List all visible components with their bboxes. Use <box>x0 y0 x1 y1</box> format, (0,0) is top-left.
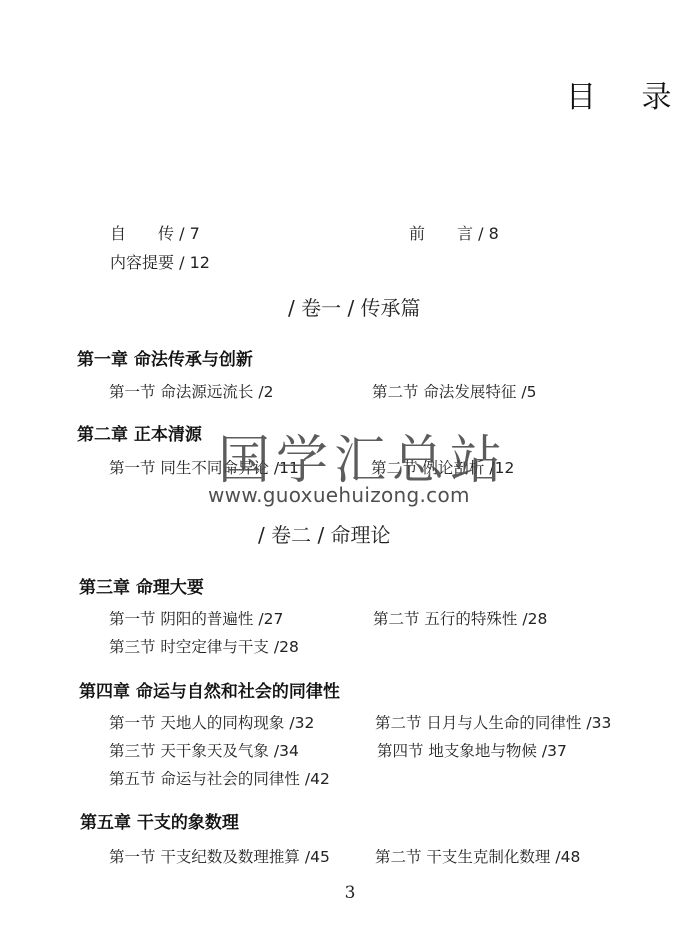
section-entry[interactable]: 第一节 命法源远流长 /2 <box>109 380 273 402</box>
entry-page: / 8 <box>478 224 499 243</box>
chapter-title[interactable]: 第四章 命运与自然和社会的同律性 <box>79 677 340 702</box>
chapter-title[interactable]: 第一章 命法传承与创新 <box>77 345 253 370</box>
section-entry[interactable]: 第一节 阴阳的普遍性 /27 <box>109 607 283 629</box>
chapter-title[interactable]: 第二章 正本清源 <box>77 420 202 445</box>
section-entry[interactable]: 第五节 命运与社会的同律性 /42 <box>109 767 330 789</box>
section-entry[interactable]: 第二节 命法发展特征 /5 <box>372 380 536 402</box>
toc-entry-autobiography[interactable]: 自 传 / 7 <box>110 221 200 244</box>
page-number: 3 <box>0 883 700 903</box>
toc-entry-preface[interactable]: 前 言 / 8 <box>409 221 499 244</box>
volume-title-1: / 卷一 / 传承篇 <box>288 292 421 321</box>
watermark-text: 国学汇总站 <box>218 418 508 493</box>
section-entry[interactable]: 第二节 日月与人生命的同律性 /33 <box>375 711 611 733</box>
section-entry[interactable]: 第一节 干支纪数及数理推算 /45 <box>109 845 330 867</box>
section-entry[interactable]: 第三节 天干象天及气象 /34 <box>109 739 299 761</box>
entry-page: / 12 <box>179 253 210 272</box>
page-title: 目 录 <box>566 72 690 116</box>
chapter-title[interactable]: 第五章 干支的象数理 <box>80 808 239 833</box>
entry-label: 自 传 <box>110 224 174 243</box>
watermark-url: www.guoxuehuizong.com <box>208 483 470 507</box>
toc-entry-summary[interactable]: 内容提要 / 12 <box>110 250 210 273</box>
volume-title-2: / 卷二 / 命理论 <box>258 519 391 548</box>
section-entry[interactable]: 第一节 天地人的同构现象 /32 <box>109 711 314 733</box>
chapter-title[interactable]: 第三章 命理大要 <box>79 573 204 598</box>
entry-page: / 7 <box>179 224 200 243</box>
section-entry[interactable]: 第二节 干支生克制化数理 /48 <box>375 845 580 867</box>
section-entry[interactable]: 第四节 地支象地与物候 /37 <box>377 739 567 761</box>
section-entry[interactable]: 第二节 五行的特殊性 /28 <box>373 607 547 629</box>
section-entry[interactable]: 第三节 时空定律与干支 /28 <box>109 635 299 657</box>
entry-label: 前 言 <box>409 224 473 243</box>
entry-label: 内容提要 <box>110 253 174 272</box>
